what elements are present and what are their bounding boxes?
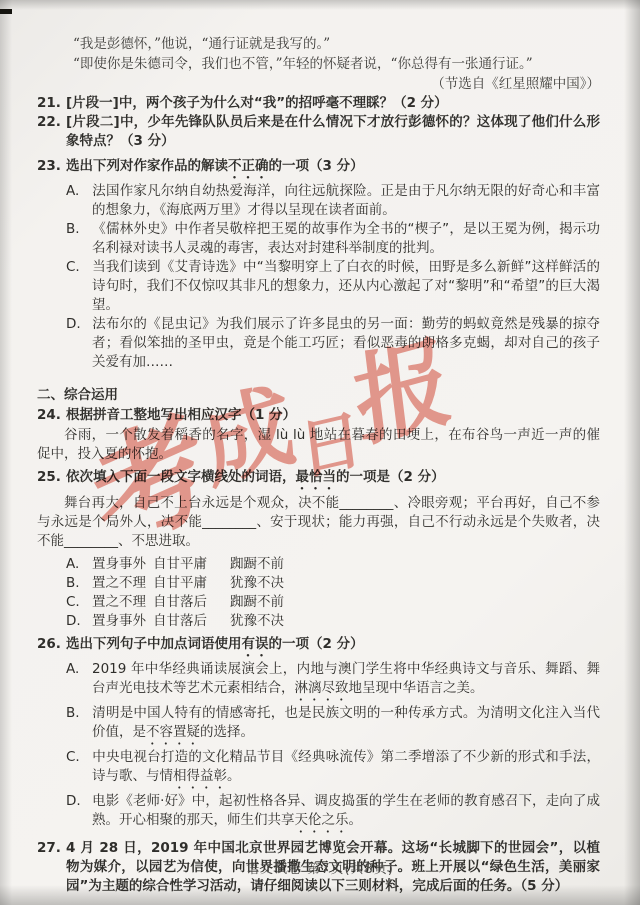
option-label: A.: [66, 182, 92, 201]
option-text: 法布尔的《昆虫记》为我们展示了许多昆虫的另一面：勤劳的蚂蚁竟然是残暴的掠夺者；看…: [92, 316, 600, 370]
option-emphasized-word: 相得益彰: [173, 768, 227, 784]
option-word-3: 犹豫不决: [230, 612, 284, 631]
question-23-stem: 23.选出下列对作家作品的解读不正确的一项（3 分）: [66, 157, 600, 182]
option-word-2: 自甘落后: [153, 593, 230, 612]
question-25-option-a: A.置身事外自甘平庸踟蹰不前: [37, 555, 600, 574]
question-25-option-d: D.置身事外自甘落后犹豫不决: [37, 612, 600, 631]
option-word-1: 置之不理: [92, 574, 153, 593]
option-word-2: 自甘平庸: [153, 574, 230, 593]
option-label: C.: [66, 748, 92, 767]
option-text: 《儒林外史》中作者吴敬梓把王冕的故事作为全书的“楔子”，是以王冕为例，揭示功名利…: [92, 221, 600, 256]
option-word-3: 踟蹰不前: [230, 593, 284, 612]
option-text: 当我们读到《艾青诗选》中“当黎明穿上了白衣的时候，田野是多么新鲜”这样鲜活的诗句…: [92, 259, 600, 313]
option-word-1: 置身事外: [92, 555, 153, 574]
scanned-exam-page: { "watermark": { "color": "#dc5746", "ch…: [0, 0, 640, 905]
question-25-option-c: C.置之不理自甘落后踟蹰不前: [37, 593, 600, 612]
option-word-1: 置身事外: [92, 612, 153, 631]
section-2-title: 二、综合运用: [37, 386, 600, 405]
question-23-option-b: B.《儒林外史》中作者吴敬梓把王冕的故事作为全书的“楔子”，是以王冕为例，揭示功…: [66, 220, 600, 258]
option-text: 法国作家凡尔纳自幼热爱海洋，向往远航探险。正是由于凡尔纳无限的好奇心和丰富的想象…: [92, 183, 600, 218]
question-27-number: 27.: [37, 839, 66, 858]
question-24-passage: 谷雨，一个散发着稻香的名字，湿 lù lù 地站在暮春的田埂上，在布谷鸟一声近一…: [37, 426, 600, 464]
question-24-stem-text: 根据拼音工整地写出相应汉字（1 分）: [66, 407, 296, 423]
option-label: A.: [66, 555, 92, 574]
question-26-stem-pre: 选出下列句子中加点词语使用: [66, 636, 242, 652]
option-label: C.: [66, 593, 92, 612]
option-word-2: 自甘平庸: [153, 555, 230, 574]
option-text-post: 地呈现中华语言之美。: [349, 680, 484, 696]
exam-page-content: “我是彭德怀，”他说，“通行证就是我写的。” “即使你是朱德司令，我们也不管，”…: [37, 34, 600, 896]
option-label: B.: [66, 220, 92, 239]
question-26-option-d: D.电影《老师·好》中，起初性格各异、调皮捣蛋的学生在老师的教育感召下，走向了成…: [66, 792, 600, 836]
question-25-stem-post: 的一项是（2 分）: [336, 469, 445, 485]
question-23-option-c: C.当我们读到《艾青诗选》中“当黎明穿上了白衣的时候，田野是多么新鲜”这样鲜活的…: [66, 258, 600, 315]
question-23-stem-post: 的一项（3 分）: [269, 158, 364, 174]
option-word-3: 犹豫不决: [230, 574, 284, 593]
option-emphasized-word: 天伦之乐: [295, 812, 349, 828]
question-25-options: A.置身事外自甘平庸踟蹰不前 B.置之不理自甘平庸犹豫不决 C.置之不理自甘落后…: [37, 555, 600, 631]
question-24-number: 24.: [37, 406, 66, 425]
question-26-stem: 26.选出下列句子中加点词语使用有误的一项（2 分）: [66, 635, 600, 660]
question-22: 22.[片段二]中，少年先锋队队员后来是在什么情况下才放行彭德怀的？这体现了他们…: [37, 113, 600, 151]
option-label: C.: [66, 258, 92, 277]
question-22-number: 22.: [37, 113, 66, 132]
scan-artifact-dash: [0, 9, 12, 14]
question-25-option-b: B.置之不理自甘平庸犹豫不决: [37, 574, 600, 593]
question-21-text: [片段一]中，两个孩子为什么对“我”的招呼毫不理睬？（2 分）: [66, 95, 448, 111]
option-emphasized-word: 不容置疑: [146, 724, 200, 740]
scan-edge-right: [624, 0, 640, 905]
option-label: D.: [66, 315, 92, 334]
option-text-post: 。: [227, 768, 241, 784]
option-label: B.: [66, 704, 92, 723]
option-text-pre: 中央电视台打造的文化精品节目《经典咏流传》第二季增添了不少新的形式和手法，诗与歌…: [92, 749, 600, 784]
scan-edge-left: [0, 0, 12, 905]
question-21-number: 21.: [37, 94, 66, 113]
question-21: 21.[片段一]中，两个孩子为什么对“我”的招呼毫不理睬？（2 分）: [37, 94, 600, 113]
option-text-post: 。: [349, 812, 363, 828]
question-25-stem-emphasis: 最恰当: [296, 469, 337, 485]
option-label: A.: [66, 660, 92, 679]
page-footer: 语文试卷 第7页(共8页): [0, 858, 640, 877]
question-24-stem: 24.根据拼音工整地写出相应汉字（1 分）: [37, 406, 600, 425]
question-26-number: 26.: [37, 635, 66, 654]
question-25-stem: 25.依次填入下面一段文字横线处的词语，最恰当的一项是（2 分）: [37, 468, 600, 493]
question-25-number: 25.: [37, 468, 66, 487]
excerpt-source: （节选自《红星照耀中国》）: [37, 74, 600, 94]
option-label: D.: [66, 612, 92, 631]
question-25-stem-pre: 依次填入下面一段文字横线处的词语，: [66, 469, 296, 485]
question-26-stem-emphasis: 有误: [242, 636, 269, 652]
question-25-passage: 舞台再大，自己不上台永远是个观众，决不能________、冷眼旁观；平台再好，自…: [37, 494, 600, 551]
option-label: B.: [66, 574, 92, 593]
question-23-option-a: A.法国作家凡尔纳自幼热爱海洋，向往远航探险。正是由于凡尔纳无限的好奇心和丰富的…: [66, 182, 600, 220]
question-23-stem-pre: 选出下列对作家作品的解读: [66, 158, 228, 174]
question-23: 23.选出下列对作家作品的解读不正确的一项（3 分） A.法国作家凡尔纳自幼热爱…: [37, 157, 600, 372]
question-23-option-d: D.法布尔的《昆虫记》为我们展示了许多昆虫的另一面：勤劳的蚂蚁竟然是残暴的掠夺者…: [66, 315, 600, 372]
question-23-number: 23.: [37, 157, 66, 176]
scan-edge-top: [0, 0, 640, 10]
question-26: 26.选出下列句子中加点词语使用有误的一项（2 分） A.2019 年中华经典诵…: [37, 635, 600, 836]
question-26-stem-post: 的一项（2 分）: [269, 636, 364, 652]
option-emphasized-word: 淋漓尽致: [295, 680, 349, 696]
option-word-2: 自甘落后: [153, 612, 230, 631]
option-word-1: 置之不理: [92, 593, 153, 612]
question-26-option-c: C.中央电视台打造的文化精品节目《经典咏流传》第二季增添了不少新的形式和手法，诗…: [66, 748, 600, 792]
reading-excerpt: “我是彭德怀，”他说，“通行证就是我写的。” “即使你是朱德司令，我们也不管，”…: [37, 34, 600, 94]
question-26-option-b: B.清明是中国人特有的情感寄托，也是民族文明的一种传承方式。为清明文化注入当代价…: [66, 704, 600, 748]
excerpt-line-2: “即使你是朱德司令，我们也不管，”年轻的怀疑者说，“你总得有一张通行证。”: [37, 54, 600, 74]
option-text-post: 的选择。: [200, 724, 254, 740]
option-label: D.: [66, 792, 92, 811]
question-22-text: [片段二]中，少年先锋队队员后来是在什么情况下才放行彭德怀的？这体现了他们什么形…: [66, 114, 600, 149]
question-23-stem-emphasis: 不正确: [228, 158, 269, 174]
question-26-option-a: A.2019 年中华经典诵读展演会上，内地与澳门学生将中华经典诗文与音乐、舞蹈、…: [66, 660, 600, 704]
option-word-3: 踟蹰不前: [230, 555, 284, 574]
excerpt-line-1: “我是彭德怀，”他说，“通行证就是我写的。”: [37, 34, 600, 54]
